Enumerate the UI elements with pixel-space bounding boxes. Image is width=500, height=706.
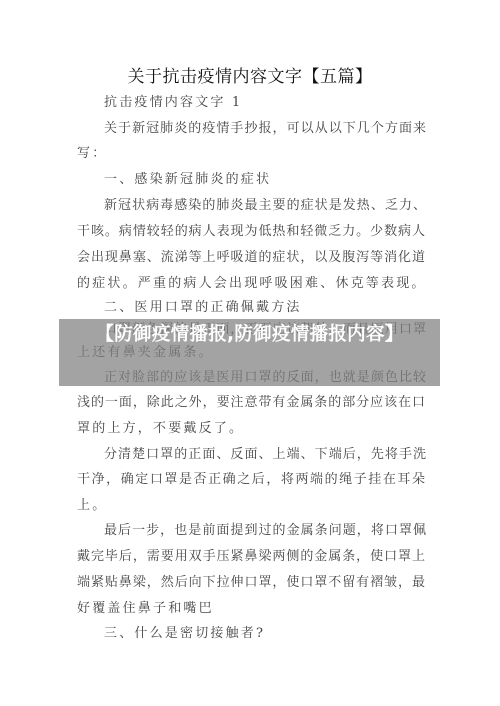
document-page: 关于抗击疫情内容文字【五篇】 抗击疫情内容文字 1 关于新冠肺炎的疫情手抄报，可…: [0, 0, 500, 706]
paragraph-line: 的症状。严重的病人会出现呼吸困难、休克等表现。: [77, 276, 427, 292]
section-heading-1: 一、感染新冠肺炎的症状: [104, 172, 429, 188]
paragraph-line: 好覆盖住鼻子和嘴巴: [77, 601, 427, 617]
paragraph-line: 端紧贴鼻梁，然后向下拉伸口罩，使口罩不留有褶皱，最: [77, 575, 425, 591]
paragraph-line: 写：: [77, 146, 427, 162]
paragraph-line: 新冠状病毒感染的肺炎最主要的症状是发热、乏力、: [104, 198, 426, 214]
paragraph-line: 分清楚口罩的正面、反面、上端、下端后，先将手洗: [104, 447, 426, 463]
overlay-headline: 【防御疫情播报,防御疫情播报内容】: [59, 322, 440, 348]
line-subtitle: 抗击疫情内容文字 1: [104, 95, 429, 111]
paragraph-line: 干咳。病情较轻的病人表现为低热和轻微乏力。少数病人: [77, 224, 425, 240]
document-title: 关于抗击疫情内容文字【五篇】: [0, 62, 500, 87]
section-heading-3: 三、什么是密切接触者?: [104, 626, 429, 642]
paragraph-line: 干净，确定口罩是否正确之后，将两端的绳子挂在耳朵: [77, 472, 425, 488]
section-heading-2: 二、医用口罩的正确佩戴方法: [104, 300, 429, 316]
paragraph-line: 浅的一面，除此之外，要注意带有金属条的部分应该在口: [77, 395, 425, 411]
paragraph-line: 会出现鼻塞、流涕等上呼吸道的症状，以及腹泻等消化道: [77, 250, 425, 266]
paragraph-line: 最后一步，也是前面提到过的金属条问题，将口罩佩: [104, 523, 426, 539]
paragraph-line: 关于新冠肺炎的疫情手抄报，可以从以下几个方面来: [104, 121, 426, 137]
paragraph-line: 上。: [77, 498, 427, 514]
paragraph-line: 戴完毕后，需要用双手压紧鼻梁两侧的金属条，使口罩上: [77, 549, 425, 565]
paragraph-line: 罩的上方，不要戴反了。: [77, 421, 427, 437]
